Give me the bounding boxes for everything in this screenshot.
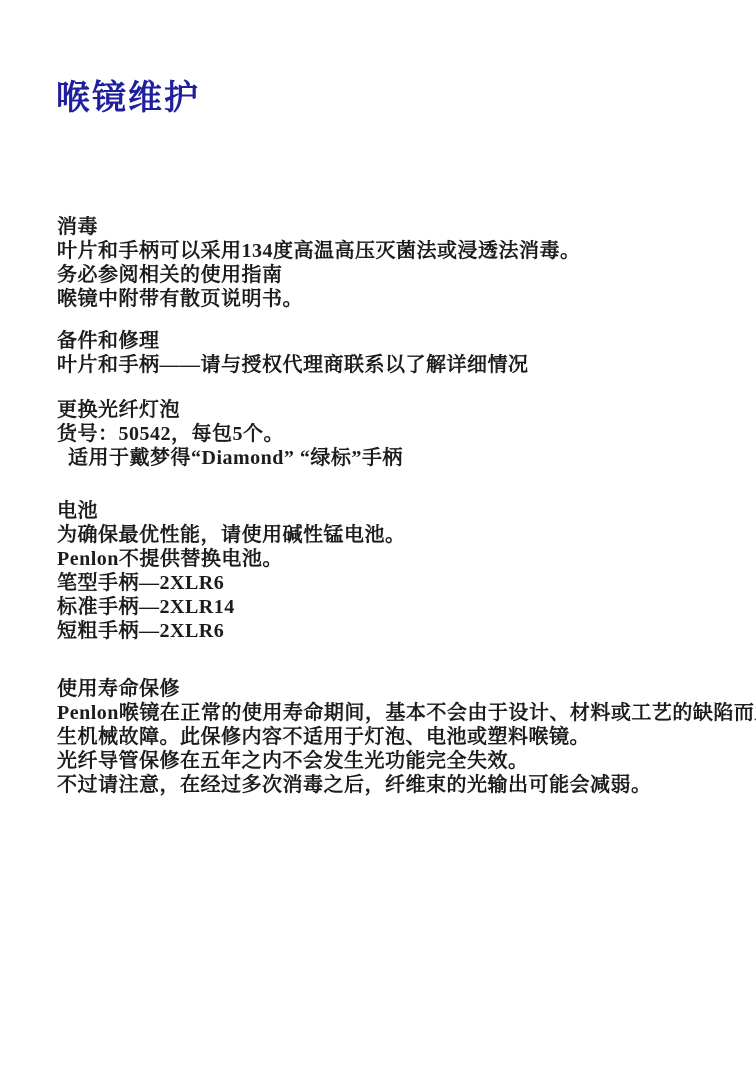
text-line: 短粗手柄—2XLR6: [57, 619, 746, 643]
text-line: 务必参阅相关的使用指南: [57, 263, 746, 287]
text-line: 喉镜中附带有散页说明书。: [57, 287, 746, 311]
text-line: Penlon喉镜在正常的使用寿命期间，基本不会由于设计、材料或工艺的缺陷而发: [57, 701, 746, 725]
section-heading: 使用寿命保修: [57, 677, 746, 701]
text-line: 笔型手柄—2XLR6: [57, 571, 746, 595]
text-line: 货号：50542，每包5个。: [57, 422, 746, 446]
text-line: 光纤导管保修在五年之内不会发生光功能完全失效。: [57, 749, 746, 773]
text-line: Penlon不提供替换电池。: [57, 547, 746, 571]
text-line: 为确保最优性能，请使用碱性锰电池。: [57, 523, 746, 547]
text-line: 不过请注意，在经过多次消毒之后，纤维束的光输出可能会减弱。: [57, 773, 746, 797]
section-heading: 备件和修理: [57, 329, 746, 353]
text-line: 生机械故障。此保修内容不适用于灯泡、电池或塑料喉镜。: [57, 725, 746, 749]
section-heading: 更换光纤灯泡: [57, 398, 746, 422]
section-disinfection: 消毒 叶片和手柄可以采用134度高温高压灭菌法或浸透法消毒。 务必参阅相关的使用…: [57, 215, 746, 311]
text-line: 标准手柄—2XLR14: [57, 595, 746, 619]
section-heading: 电池: [57, 499, 746, 523]
document-page: 喉镜维护 消毒 叶片和手柄可以采用134度高温高压灭菌法或浸透法消毒。 务必参阅…: [0, 0, 756, 1069]
text-line: 叶片和手柄可以采用134度高温高压灭菌法或浸透法消毒。: [57, 239, 746, 263]
section-spares-repair: 备件和修理 叶片和手柄——请与授权代理商联系以了解详细情况: [57, 329, 746, 377]
section-batteries: 电池 为确保最优性能，请使用碱性锰电池。 Penlon不提供替换电池。 笔型手柄…: [57, 499, 746, 643]
page-title: 喉镜维护: [56, 78, 200, 120]
text-line: 适用于戴梦得“Diamond” “绿标”手柄: [57, 446, 746, 470]
text-line: 叶片和手柄——请与授权代理商联系以了解详细情况: [57, 353, 746, 377]
section-heading: 消毒: [57, 215, 746, 239]
section-bulb-replacement: 更换光纤灯泡 货号：50542，每包5个。 适用于戴梦得“Diamond” “绿…: [57, 398, 746, 470]
section-lifetime-warranty: 使用寿命保修 Penlon喉镜在正常的使用寿命期间，基本不会由于设计、材料或工艺…: [57, 677, 746, 797]
